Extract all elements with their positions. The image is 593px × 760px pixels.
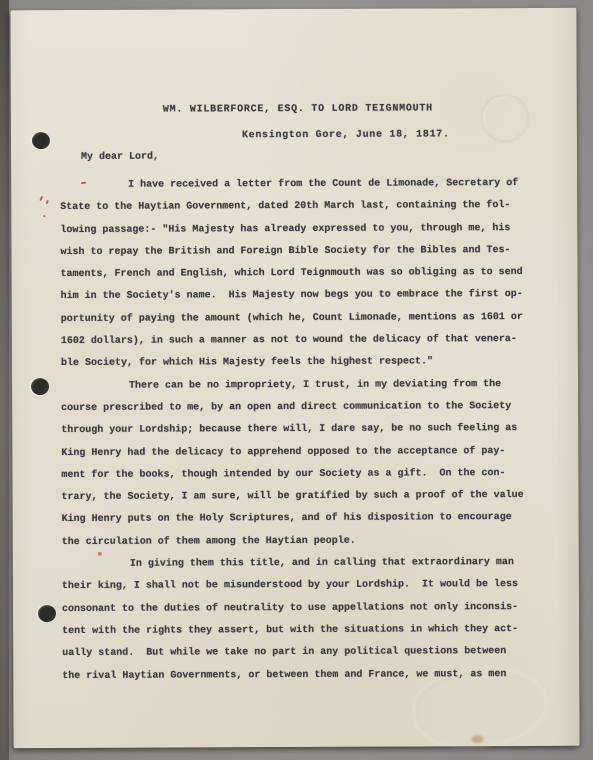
- letter-dateline: Kensington Gore, June 18, 1817.: [242, 128, 450, 143]
- text-line: course prescribed to me, by an open and …: [61, 396, 566, 421]
- paper-stain: [472, 735, 484, 743]
- punch-hole: [38, 605, 56, 622]
- pencil-mark: [43, 215, 45, 217]
- embossed-seal: [481, 94, 529, 142]
- pencil-mark: [46, 200, 49, 204]
- text-line: consonant to the duties of neutrality to…: [62, 596, 567, 621]
- letter-body: I have received a letter from the Count …: [60, 173, 567, 688]
- scan-backdrop: { "colors": { "backdrop": "#8f8d8a", "ed…: [0, 0, 593, 760]
- text-line: In giving them this title, and in callin…: [62, 552, 567, 577]
- text-line: lowing passage:- "His Majesty has alread…: [60, 217, 565, 242]
- text-line: There can be no impropriety, I trust, in…: [61, 373, 566, 398]
- text-line: King Henry puts on the Holy Scriptures, …: [62, 507, 567, 532]
- scan-edge-shadow: [0, 0, 9, 760]
- text-line: trary, the Society, I am sure, will be g…: [61, 485, 566, 510]
- text-line: King Henry had the delicacy to apprehend…: [61, 440, 566, 465]
- letter-page: WM. WILBERFORCE, ESQ. TO LORD TEIGNMOUTH…: [10, 8, 579, 748]
- text-line: taments, French and English, which Lord …: [61, 262, 566, 287]
- text-line: the rival Haytian Governments, or betwee…: [62, 663, 567, 688]
- punch-hole: [32, 132, 50, 149]
- text-line: him in the Society's name. His Majesty n…: [61, 284, 566, 309]
- punch-hole: [31, 378, 49, 395]
- text-line: ble Society, for which His Majesty feels…: [61, 351, 566, 376]
- text-line: through your Lordship; because there wil…: [61, 418, 566, 443]
- text-line: tent with the rights they assert, but wi…: [62, 619, 567, 644]
- pencil-mark: [39, 196, 43, 201]
- text-line: ually stand. But while we take no part i…: [62, 641, 567, 666]
- text-line: portunity of paying the amount (which he…: [61, 307, 566, 332]
- text-line: State to the Haytian Government, dated 2…: [60, 195, 565, 220]
- letter-salutation: My dear Lord,: [81, 151, 159, 165]
- text-line: I have received a letter from the Count …: [60, 173, 565, 198]
- letter-heading: WM. WILBERFORCE, ESQ. TO LORD TEIGNMOUTH: [163, 102, 433, 117]
- text-line: wish to repay the British and Foreign Bi…: [60, 240, 565, 265]
- text-line: 1602 dollars), in such a manner as not t…: [61, 329, 566, 354]
- paper-fleck: [98, 552, 102, 556]
- text-line: ment for the books, though intended by o…: [61, 463, 566, 488]
- text-line: the circulation of them among the Haytia…: [62, 530, 567, 555]
- text-line: their king, I shall not be misunderstood…: [62, 574, 567, 599]
